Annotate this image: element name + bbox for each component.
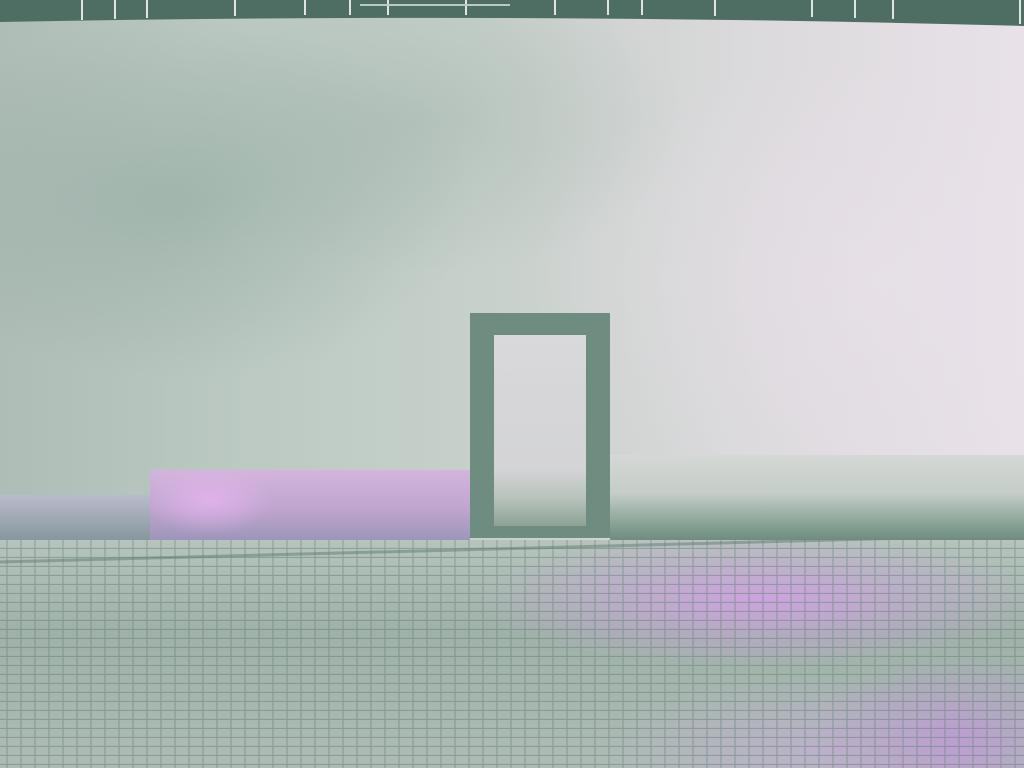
cobblestone-texture: [0, 540, 1024, 768]
photo-scene: [0, 0, 1024, 768]
door-frame: [470, 313, 610, 538]
stone-frame: [470, 313, 610, 538]
tile-band: [0, 0, 1024, 26]
wall-plinth-right: [610, 455, 1024, 540]
